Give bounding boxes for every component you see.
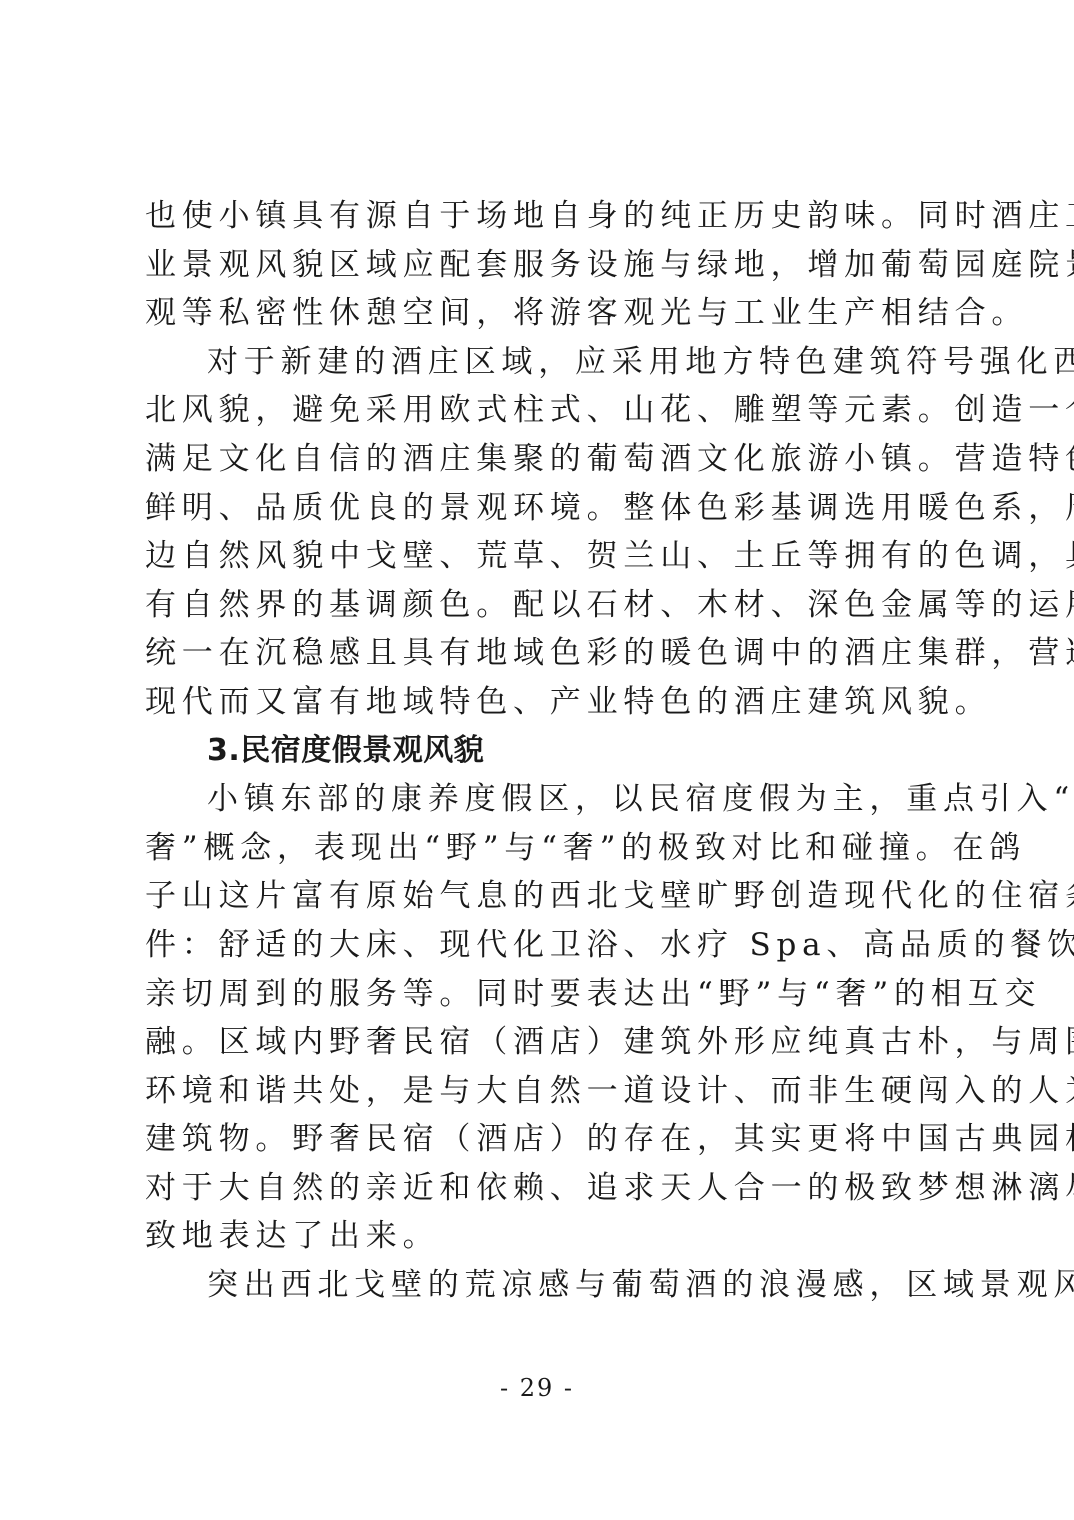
body-text: 也使小镇具有源自于场地自身的纯正历史韵味。同时酒庄工 业景观风貌区域应配套服务设… (145, 192, 942, 1310)
text-line: 有自然界的基调颜色。配以石材、木材、深色金属等的运用， (145, 581, 942, 630)
text-line: 建筑物。野奢民宿（酒店）的存在，其实更将中国古典园林 (145, 1115, 942, 1164)
paragraph-start-line: 小镇东部的康养度假区，以民宿度假为主，重点引入“野 (145, 775, 942, 824)
document-page: 也使小镇具有源自于场地自身的纯正历史韵味。同时酒庄工 业景观风貌区域应配套服务设… (0, 0, 1074, 1520)
text-line: 子山这片富有原始气息的西北戈壁旷野创造现代化的住宿条 (145, 872, 942, 921)
text-line: 观等私密性休憩空间，将游客观光与工业生产相结合。 (145, 289, 942, 338)
text-line: 满足文化自信的酒庄集聚的葡萄酒文化旅游小镇。营造特色 (145, 435, 942, 484)
text-line: 对于大自然的亲近和依赖、追求天人合一的极致梦想淋漓尽 (145, 1164, 942, 1213)
text-line: 业景观风貌区域应配套服务设施与绿地，增加葡萄园庭院景 (145, 241, 942, 290)
paragraph-start-line: 突出西北戈壁的荒凉感与葡萄酒的浪漫感，区域景观风 (145, 1261, 942, 1310)
text-line: 件：舒适的大床、现代化卫浴、水疗 Spa、高品质的餐饮、 (145, 921, 942, 970)
text-line: 环境和谐共处，是与大自然一道设计、而非生硬闯入的人为 (145, 1067, 942, 1116)
section-heading: 3.民宿度假景观风貌 (145, 727, 942, 776)
page-number: - 29 - (0, 1374, 1074, 1402)
text-line: 统一在沉稳感且具有地域色彩的暖色调中的酒庄集群，营造 (145, 629, 942, 678)
text-line: 也使小镇具有源自于场地自身的纯正历史韵味。同时酒庄工 (145, 192, 942, 241)
text-line: 鲜明、品质优良的景观环境。整体色彩基调选用暖色系，周 (145, 484, 942, 533)
text-line: 奢”概念，表现出“野”与“奢”的极致对比和碰撞。在鸽 (145, 824, 942, 873)
paragraph-start-line: 对于新建的酒庄区域，应采用地方特色建筑符号强化西 (145, 338, 942, 387)
text-line: 致地表达了出来。 (145, 1212, 942, 1261)
text-line: 融。区域内野奢民宿（酒店）建筑外形应纯真古朴，与周围 (145, 1018, 942, 1067)
text-line: 边自然风貌中戈壁、荒草、贺兰山、土丘等拥有的色调，具 (145, 532, 942, 581)
text-line: 北风貌，避免采用欧式柱式、山花、雕塑等元素。创造一个 (145, 386, 942, 435)
text-line: 亲切周到的服务等。同时要表达出“野”与“奢”的相互交 (145, 970, 942, 1019)
text-line: 现代而又富有地域特色、产业特色的酒庄建筑风貌。 (145, 678, 942, 727)
